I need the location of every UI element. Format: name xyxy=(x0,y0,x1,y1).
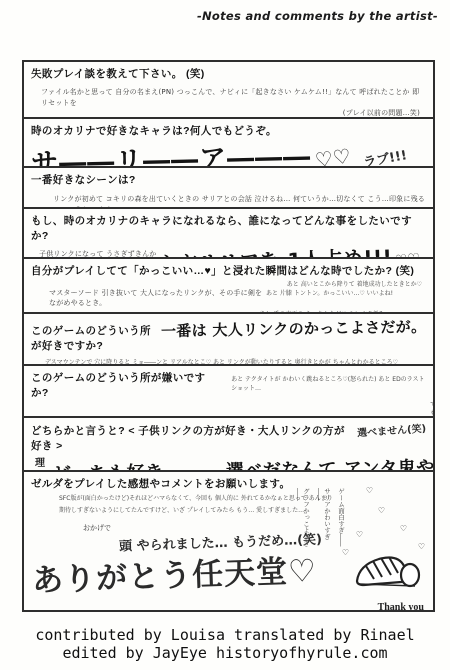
vertical-note: サリアかわいすぎ―― xyxy=(315,488,331,552)
question-text: このゲームのどういう所が好きですか? xyxy=(31,323,155,353)
handwritten-note: あと 片膝 トントン。かっこいい…♡ いいよね! xyxy=(266,289,426,309)
vertical-note: グラフかっこよすぎ―― xyxy=(294,488,310,552)
question-text: もし、時のオカリナのキャラになれるなら、誰になってどんな事をしたいですか? xyxy=(31,213,426,243)
heart-doodle: ♡ xyxy=(378,506,385,515)
handwritten-answer-row: ストーリィが お約束 すぎるところ♡ でも 仕方ないか (大笑) xyxy=(31,400,426,418)
scanned-questionnaire-page: -Notes and comments by the artist- 失敗プレイ… xyxy=(0,0,450,670)
handwritten-answer-row: 理由 どっちも好き――― 選べだなんて アンタ鬼や――(号泣) xyxy=(31,454,426,472)
section-what-you-like: このゲームのどういう所が好きですか? 一番は 大人リンクのかっこよさだが。 デス… xyxy=(24,314,433,366)
reason-label: 理由 xyxy=(35,454,45,472)
handwritten-answer-line: 期待しすぎないようにしてたんですけど、いざ プレイしてみたら もう… 愛しすぎま… xyxy=(59,507,426,515)
question-text: 失敗プレイ談を教えて下さい。 (笑) xyxy=(31,66,426,81)
section-final-comments: ゼルダをプレイした感想やコメントをお願いします。 SFC版が(面白かったけど)そ… xyxy=(24,472,433,610)
handwritten-answer-small: 子供リンクになって うさぎずきんかぶって xyxy=(39,250,157,259)
handwritten-answer-big: どっちも好き――― 選べだなんて アンタ鬼や――(号泣) xyxy=(53,452,433,472)
question-text: このゲームのどういう所が嫌いですか? xyxy=(31,370,223,400)
question-text: 一番好きなシーンは? xyxy=(31,172,426,187)
handwritten-answer: リンクが初めて コキリの森を出ていくときの サリアとの会話 泣けるね… 何ていう… xyxy=(53,194,426,209)
heart-doodle: ♡ xyxy=(366,486,373,495)
question-row: どちらかと言うと? < 子供リンクの方が好き・大人リンクの方が好き > 選べませ… xyxy=(31,422,426,453)
handwritten-note: 選べません(笑) xyxy=(356,420,426,440)
section-which-link: どちらかと言うと? < 子供リンクの方が好き・大人リンクの方が好き > 選べませ… xyxy=(24,418,433,472)
section-become-character: もし、時のオカリナのキャラになれるなら、誰になってどんな事をしたいですか? 子供… xyxy=(24,209,433,259)
thank-you-note: Thank you xyxy=(373,602,429,610)
handwritten-answer-big: ありがとう任天堂♡ xyxy=(31,545,317,600)
artist-note-header: -Notes and comments by the artist- xyxy=(197,9,438,23)
question-row: このゲームのどういう所が嫌いですか? あと テクタイトが かわいく跳ねるところ♡… xyxy=(31,370,426,400)
handwritten-answer-big: 方言サリアを 1人占め!!! xyxy=(157,241,393,259)
handwritten-answer-row: 子供リンクになって うさぎずきんかぶって 方言サリアを 1人占め!!! ♡♡ xyxy=(31,245,426,259)
handwritten-note: ラブ!!! xyxy=(362,144,408,168)
credits-line: edited by JayEye historyofhyrule.com xyxy=(0,644,450,662)
handwritten-note: あと テクタイトが かわいく跳ねるところ♡(怒られた) あと EDのラストショッ… xyxy=(231,375,426,393)
hearts-doodle: ♡♡ xyxy=(314,143,353,168)
question-text: 自分がプレイしてて「かっこいい…♥」と浸れた瞬間はどんな時でしたか? (笑) xyxy=(31,263,426,278)
vertical-exclamations: グラフかっこよすぎ―― サリアかわいすぎ―― ゲーム面白すぎ―― xyxy=(294,488,345,552)
handwritten-answer: マスターソード 引き抜いて 大人になったリンクが、その手に剣を ながめやるとき。 xyxy=(49,289,264,309)
question-row: このゲームのどういう所が好きですか? 一番は 大人リンクのかっこよさだが。 xyxy=(31,318,426,353)
handwritten-answer-line: SFC版が(面白かったけど)それほどハマらなくて、今回も 個人的に 外れてるかな… xyxy=(59,495,426,503)
handwritten-answer-row: サ――リ――ア――― ♡♡ ラブ!!! xyxy=(31,138,426,168)
credits-footer: contributed by Louisa translated by Rina… xyxy=(0,626,450,662)
section-favorite-character: 時のオカリナで好きなキャラは?何人でもどうぞ。 サ――リ――ア――― ♡♡ ラブ… xyxy=(24,119,433,168)
section-favorite-scene: 一番好きなシーンは? リンクが初めて コキリの森を出ていくときの サリアとの会話… xyxy=(24,168,433,209)
handwritten-note: でも 仕方ないか (大笑) xyxy=(430,400,433,418)
section-what-you-dislike: このゲームのどういう所が嫌いですか? あと テクタイトが かわいく跳ねるところ♡… xyxy=(24,366,433,418)
handwritten-answer-row: マスターソード 引き抜いて 大人になったリンクが、その手に剣を ながめやるとき。… xyxy=(31,289,426,309)
handwritten-answer-big: サ――リ――ア――― xyxy=(31,134,312,168)
question-text: どちらかと言うと? < 子供リンクの方が好き・大人リンクの方が好き > xyxy=(31,423,351,453)
questionnaire-form: 失敗プレイ談を教えて下さい。 (笑) ファイル名かと思って 自分の名まえ(PN)… xyxy=(22,60,435,612)
handwritten-note: (プレイ以前の問題…笑) xyxy=(31,108,420,118)
section-cool-moment: 自分がプレイしてて「かっこいい…♥」と浸れた瞬間はどんな時でしたか? (笑) あ… xyxy=(24,259,433,314)
heart-doodle: ♡ xyxy=(356,530,363,539)
heart-doodle: ♡ xyxy=(342,548,349,557)
handwritten-answer-big: 一番は 大人リンクのかっこよさだが。 xyxy=(161,316,427,342)
credits-line: contributed by Louisa translated by Rina… xyxy=(0,626,450,644)
section-failed-play: 失敗プレイ談を教えて下さい。 (笑) ファイル名かと思って 自分の名まえ(PN)… xyxy=(24,62,433,119)
vertical-note: ゲーム面白すぎ―― xyxy=(336,488,345,552)
dogeza-figure-doodle xyxy=(351,546,423,595)
heart-doodle: ♡ xyxy=(400,524,407,533)
handwritten-note: あと 高いとこから降りて 着地成功したときとか♡ xyxy=(31,279,422,288)
handwritten-answer: ファイル名かと思って 自分の名まえ(PN) つっこんで、ナビィに「起きなさい ケ… xyxy=(41,87,426,108)
hearts-doodle: ♡♡ xyxy=(394,250,421,259)
handwritten-answer-small: デスマウンテンで 穴に降りると ミョ――ンと リアルなとこ♡ あと リンクが動い… xyxy=(45,359,426,366)
